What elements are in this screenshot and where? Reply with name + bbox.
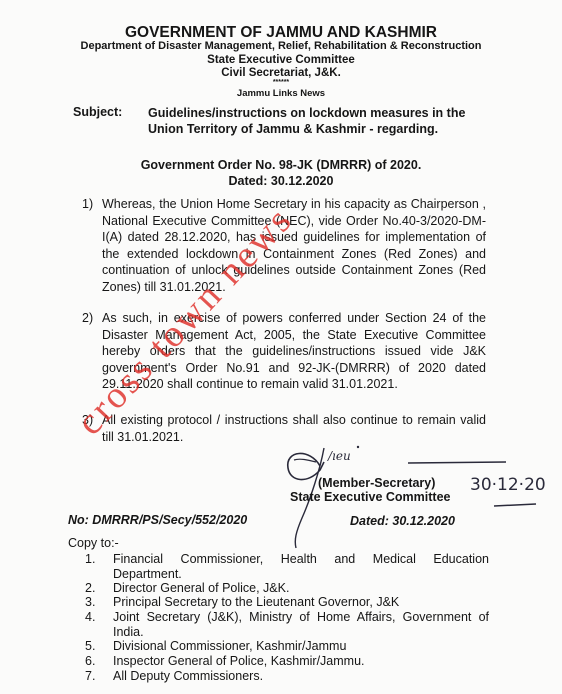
paragraph-text: As such, in exercise of powers conferred… — [102, 310, 486, 393]
order-title: Government Order No. 98-JK (DMRRR) of 20… — [0, 158, 562, 172]
item-text: Principal Secretary to the Lieutenant Go… — [113, 595, 489, 610]
signature-initials: /ıeu — [327, 449, 351, 463]
item-text: All Deputy Commissioners. — [113, 669, 489, 684]
item-text: Inspector General of Police, Kashmir/Jam… — [113, 654, 489, 669]
reference-date: Dated: 30.12.2020 — [350, 514, 455, 528]
item-text: Divisional Commissioner, Kashmir/Jammu — [113, 639, 489, 654]
item-number: 3. — [85, 595, 95, 610]
item-text: Director General of Police, J&K. — [113, 581, 489, 596]
reference-number: No: DMRRR/PS/Secy/552/2020 — [68, 513, 247, 527]
paragraph-number: 2) — [82, 310, 93, 327]
item-number: 4. — [85, 610, 95, 625]
handwritten-date: 30·12·20 — [470, 475, 546, 495]
source-label: Jammu Links News — [0, 88, 562, 99]
item-number: 6. — [85, 654, 95, 669]
item-number: 5. — [85, 639, 95, 654]
subject-label: Subject: — [73, 105, 122, 119]
item-text: Joint Secretary (J&K), Ministry of Home … — [113, 610, 489, 639]
subject-line-2: Union Territory of Jammu & Kashmir - reg… — [148, 121, 465, 137]
department-name: Department of Disaster Management, Relie… — [0, 40, 562, 52]
order-date: Dated: 30.12.2020 — [0, 174, 562, 188]
subject-line-1: Guidelines/instructions on lockdown meas… — [148, 105, 465, 121]
signatory-committee: State Executive Committee — [290, 490, 450, 504]
paragraph-number: 3) — [82, 412, 93, 429]
subject-text: Guidelines/instructions on lockdown meas… — [148, 105, 465, 137]
item-number: 2. — [85, 581, 95, 596]
item-text: Financial Commissioner, Health and Medic… — [113, 552, 489, 581]
signatory-designation: (Member-Secretary) — [318, 476, 435, 490]
item-number: 1. — [85, 552, 95, 567]
paragraph-number: 1) — [82, 196, 93, 213]
government-order-document: GOVERNMENT OF JAMMU AND KASHMIR Departme… — [0, 0, 562, 694]
paragraph-text: Whereas, the Union Home Secretary in his… — [102, 196, 486, 296]
copy-to-label: Copy to:- — [68, 536, 119, 550]
header-separator: ****** — [0, 79, 562, 86]
committee-name: State Executive Committee — [0, 54, 562, 66]
item-number: 7. — [85, 669, 95, 684]
office-location: Civil Secretariat, J&K. — [0, 67, 562, 79]
